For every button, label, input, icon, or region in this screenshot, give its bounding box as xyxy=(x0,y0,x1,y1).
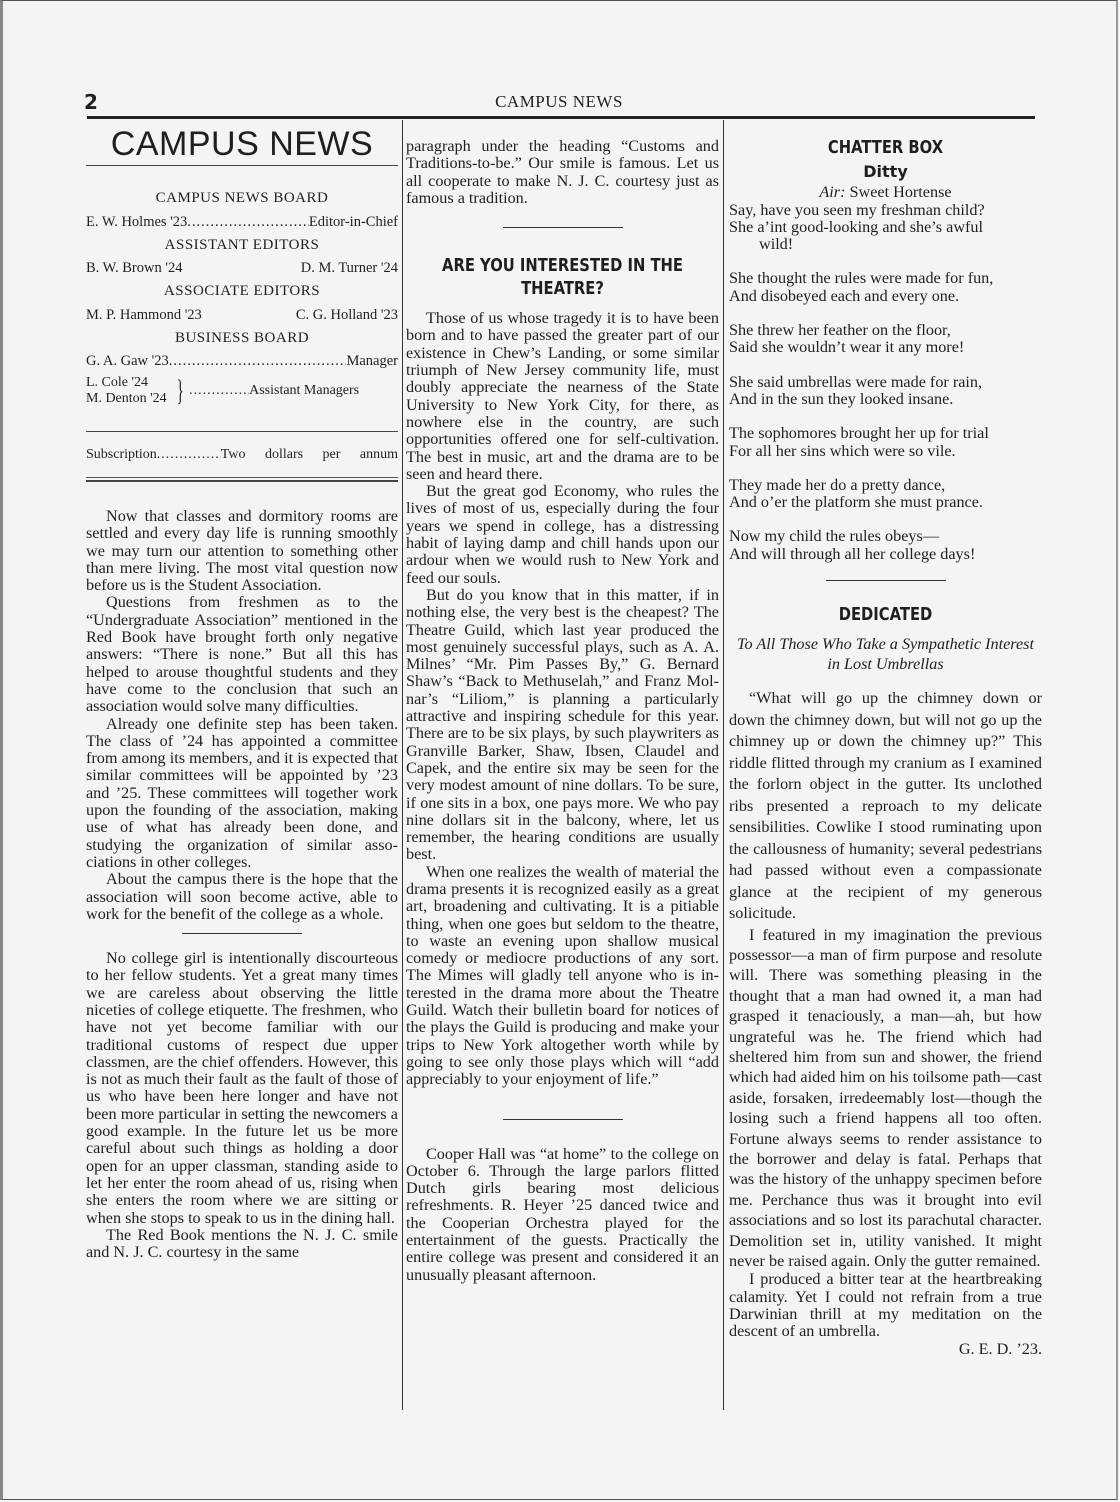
dot-leader xyxy=(169,353,347,370)
poem-stanza: The sophomores brought her up for trialF… xyxy=(729,425,1042,460)
running-head: 2 CAMPUS NEWS xyxy=(84,90,1034,116)
paragraph: Questions from freshmen as to the “Under… xyxy=(86,594,398,715)
section-rule xyxy=(503,227,623,228)
section-rule xyxy=(503,1119,623,1120)
assistant-editors: B. W. Brown '24 D. M. Turner '24 xyxy=(86,260,398,277)
assistant-manager: L. Cole '24 xyxy=(86,375,167,391)
student-association-editorial: Now that classes and dormitory rooms are… xyxy=(86,508,398,923)
manager-role: Manager xyxy=(346,353,398,370)
editor-role: Editor-in-Chief xyxy=(309,214,398,231)
subscription-label: Subscription xyxy=(86,446,157,463)
poem-stanza: Say, have you seen my freshman child?She… xyxy=(729,202,1042,254)
paragraph: Already one definite step has been taken… xyxy=(86,716,398,872)
masthead-title: CAMPUS NEWS xyxy=(86,136,398,153)
associate-editors: M. P. Hammond '23 C. G. Holland '23 xyxy=(86,307,398,324)
column-right: CHATTER BOX Ditty Air: Sweet Hortense Sa… xyxy=(729,136,1042,1358)
poem-stanza: She threw her feather on the floor,Said … xyxy=(729,322,1042,357)
column-left: CAMPUS NEWS CAMPUS NEWS BOARD E. W. Holm… xyxy=(86,120,398,1261)
courtesy-editorial: No college girl is intentionally discour… xyxy=(86,950,398,1261)
masthead-rule xyxy=(86,165,398,166)
brace-icon: } xyxy=(176,376,183,406)
air-tune: Sweet Hortense xyxy=(850,183,952,201)
assistant-editors-title: ASSISTANT EDITORS xyxy=(86,237,398,254)
theatre-heading: ARE YOU INTERESTED IN THE THEATRE? xyxy=(410,254,716,300)
section-rule xyxy=(826,580,946,581)
column-divider xyxy=(723,120,724,1410)
poem-line: And in the sun they looked insane. xyxy=(729,391,1042,408)
poem-line: Said she wouldn’t wear it any more! xyxy=(729,339,1042,356)
poem-line: And will through all her college days! xyxy=(729,546,1042,563)
poem: Say, have you seen my freshman child?She… xyxy=(729,202,1042,563)
paragraph: I produced a bitter tear at the heart­br… xyxy=(729,1271,1042,1340)
running-title: CAMPUS NEWS xyxy=(84,92,1034,112)
poem-stanza: They made her do a pretty dance,And o’er… xyxy=(729,477,1042,512)
chatter-box-heading: CHATTER BOX xyxy=(733,136,1039,159)
assistant-manager: M. Denton '24 xyxy=(86,391,167,407)
paragraph-continued: paragraph under the heading “Customs and… xyxy=(406,138,719,207)
paragraph: “What will go up the chimney down or dow… xyxy=(729,688,1042,925)
double-rule xyxy=(86,477,398,482)
dot-leader xyxy=(189,382,249,399)
theatre-article: Those of us whose tragedy it is to have … xyxy=(406,310,719,1088)
cooper-hall-paragraph: Cooper Hall was “at home” to the col­leg… xyxy=(406,1146,719,1284)
poem-line: She threw her feather on the floor, xyxy=(729,322,1042,339)
poem-line: And o’er the platform she must prance. xyxy=(729,494,1042,511)
paragraph: I featured in my imagination the prev­io… xyxy=(729,925,1042,1272)
poem-line: She a’int good-looking and she’s awful xyxy=(729,219,1042,236)
assistant-managers: L. Cole '24 M. Denton '24 } Assistant Ma… xyxy=(86,375,398,407)
editor-in-chief: E. W. Holmes '23 Editor-in-Chief xyxy=(86,214,398,231)
poem-stanza: She said umbrellas were made for rain,An… xyxy=(729,374,1042,409)
poem-line: She thought the rules were made for fun, xyxy=(729,270,1042,287)
paragraph: Those of us whose tragedy it is to have … xyxy=(406,310,719,483)
assistant-managers-role: Assistant Managers xyxy=(249,382,359,399)
poem-line: The sophomores brought her up for trial xyxy=(729,425,1042,442)
board-title: CAMPUS NEWS BOARD xyxy=(86,190,398,207)
paragraph: No college girl is intentionally discour… xyxy=(86,950,398,1227)
poem-line: Say, have you seen my freshman child? xyxy=(729,202,1042,219)
assistant-editor: D. M. Turner '24 xyxy=(301,260,398,277)
poem-line: For all her sins which were so vile. xyxy=(729,443,1042,460)
editor-name: E. W. Holmes '23 xyxy=(86,214,187,231)
paragraph: But the great god Economy, who rules the… xyxy=(406,483,719,587)
signature: G. E. D. ’23. xyxy=(729,1341,1042,1358)
poem-line: They made her do a pretty dance, xyxy=(729,477,1042,494)
subscription-line: Subscription Two dollars per annum xyxy=(86,431,398,463)
assistant-manager-names: L. Cole '24 M. Denton '24 xyxy=(86,375,167,407)
paragraph: Now that classes and dormitory rooms are… xyxy=(86,508,398,594)
air-line: Air: Sweet Hortense xyxy=(729,184,1042,201)
paragraph: The Red Book mentions the N. J. C. smile… xyxy=(86,1227,398,1262)
poem-stanza: She thought the rules were made for fun,… xyxy=(729,270,1042,305)
subscription-value: Two dollars per annum xyxy=(221,446,398,463)
associate-editor: C. G. Holland '23 xyxy=(296,307,398,324)
dedicated-article: “What will go up the chimney down or dow… xyxy=(729,688,1042,1341)
poem-line: She said umbrellas were made for rain, xyxy=(729,374,1042,391)
column-middle: paragraph under the heading “Customs and… xyxy=(406,138,719,1284)
paragraph: But do you know that in this matter, if … xyxy=(406,587,719,864)
header-rule xyxy=(87,116,1035,119)
dedicated-subtitle: To All Those Who Take a Sympathetic Inte… xyxy=(729,634,1042,674)
poem-line: And disobeyed each and every one. xyxy=(729,288,1042,305)
column-divider xyxy=(402,120,403,1410)
section-rule xyxy=(182,933,302,934)
paragraph: About the campus there is the hope that … xyxy=(86,871,398,923)
associate-editor: M. P. Hammond '23 xyxy=(86,307,202,324)
paragraph: When one realizes the wealth of mate­ria… xyxy=(406,864,719,1089)
poem-title: Ditty xyxy=(729,163,1042,180)
assistant-editor: B. W. Brown '24 xyxy=(86,260,182,277)
air-label: Air: xyxy=(819,183,845,201)
assistant-managers-role-line: Assistant Managers xyxy=(189,382,398,399)
dot-leader xyxy=(187,214,309,231)
dedicated-heading: DEDICATED xyxy=(733,603,1039,626)
poem-line: Now my child the rules obeys— xyxy=(729,528,1042,545)
business-board-title: BUSINESS BOARD xyxy=(86,330,398,347)
poem-stanza: Now my child the rules obeys—And will th… xyxy=(729,528,1042,563)
associate-editors-title: ASSOCIATE EDITORS xyxy=(86,283,398,300)
poem-line: wild! xyxy=(729,236,1042,253)
dot-leader xyxy=(157,446,221,463)
manager: G. A. Gaw '23 Manager xyxy=(86,353,398,370)
manager-name: G. A. Gaw '23 xyxy=(86,353,169,370)
